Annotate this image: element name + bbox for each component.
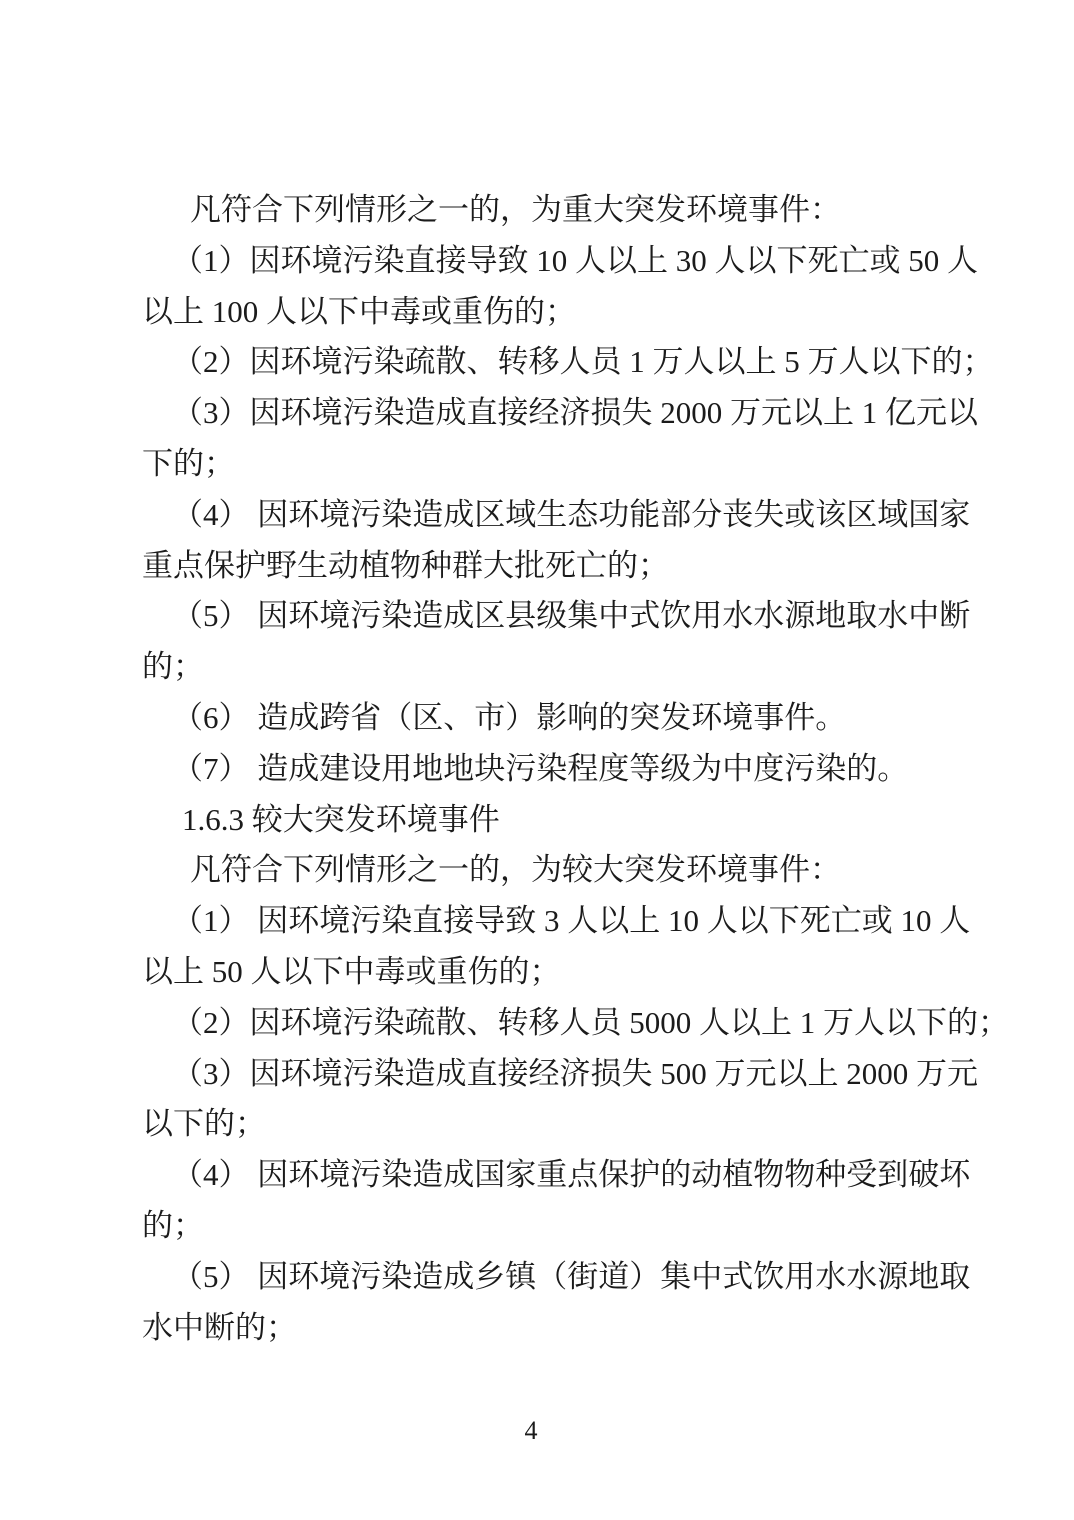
- paragraph-line: 凡符合下列情形之一的，为重大突发环境事件：: [142, 185, 942, 236]
- paragraph-line: 以上 50 人以下中毒或重伤的；: [142, 947, 942, 998]
- paragraph-line: 以下的；: [142, 1099, 942, 1150]
- list-item-line: （3）因环境污染造成直接经济损失 2000 万元以上 1 亿元以: [142, 388, 942, 439]
- list-item-line: （7） 造成建设用地地块污染程度等级为中度污染的。: [142, 744, 942, 795]
- list-item-line: （5） 因环境污染造成乡镇（街道）集中式饮用水水源地取: [142, 1252, 942, 1303]
- list-item-line: （3）因环境污染造成直接经济损失 500 万元以上 2000 万元: [142, 1049, 942, 1100]
- paragraph-line: 下的；: [142, 439, 942, 490]
- section-heading: 1.6.3 较大突发环境事件: [142, 795, 942, 846]
- list-item-line: （5） 因环境污染造成区县级集中式饮用水水源地取水中断: [142, 591, 942, 642]
- list-item-line: （1）因环境污染直接导致 10 人以上 30 人以下死亡或 50 人: [142, 236, 942, 287]
- list-item-line: （6） 造成跨省（区、市）影响的突发环境事件。: [142, 693, 942, 744]
- paragraph-line: 水中断的；: [142, 1303, 942, 1354]
- list-item-line: （2）因环境污染疏散、转移人员 5000 人以上 1 万人以下的；: [142, 998, 942, 1049]
- paragraph-line: 以上 100 人以下中毒或重伤的；: [142, 287, 942, 338]
- list-item-line: （4） 因环境污染造成国家重点保护的动植物物种受到破坏: [142, 1150, 942, 1201]
- list-item-line: （2）因环境污染疏散、转移人员 1 万人以上 5 万人以下的；: [142, 337, 942, 388]
- text-content: 凡符合下列情形之一的，为重大突发环境事件： （1）因环境污染直接导致 10 人以…: [142, 185, 942, 1353]
- document-page: 凡符合下列情形之一的，为重大突发环境事件： （1）因环境污染直接导致 10 人以…: [0, 0, 1074, 1520]
- paragraph-line: 的；: [142, 642, 942, 693]
- list-item-line: （1） 因环境污染直接导致 3 人以上 10 人以下死亡或 10 人: [142, 896, 942, 947]
- paragraph-line: 的；: [142, 1201, 942, 1252]
- page-number: 4: [0, 1416, 1062, 1446]
- paragraph-line: 凡符合下列情形之一的，为较大突发环境事件：: [142, 845, 942, 896]
- paragraph-line: 重点保护野生动植物种群大批死亡的；: [142, 541, 942, 592]
- list-item-line: （4） 因环境污染造成区域生态功能部分丧失或该区域国家: [142, 490, 942, 541]
